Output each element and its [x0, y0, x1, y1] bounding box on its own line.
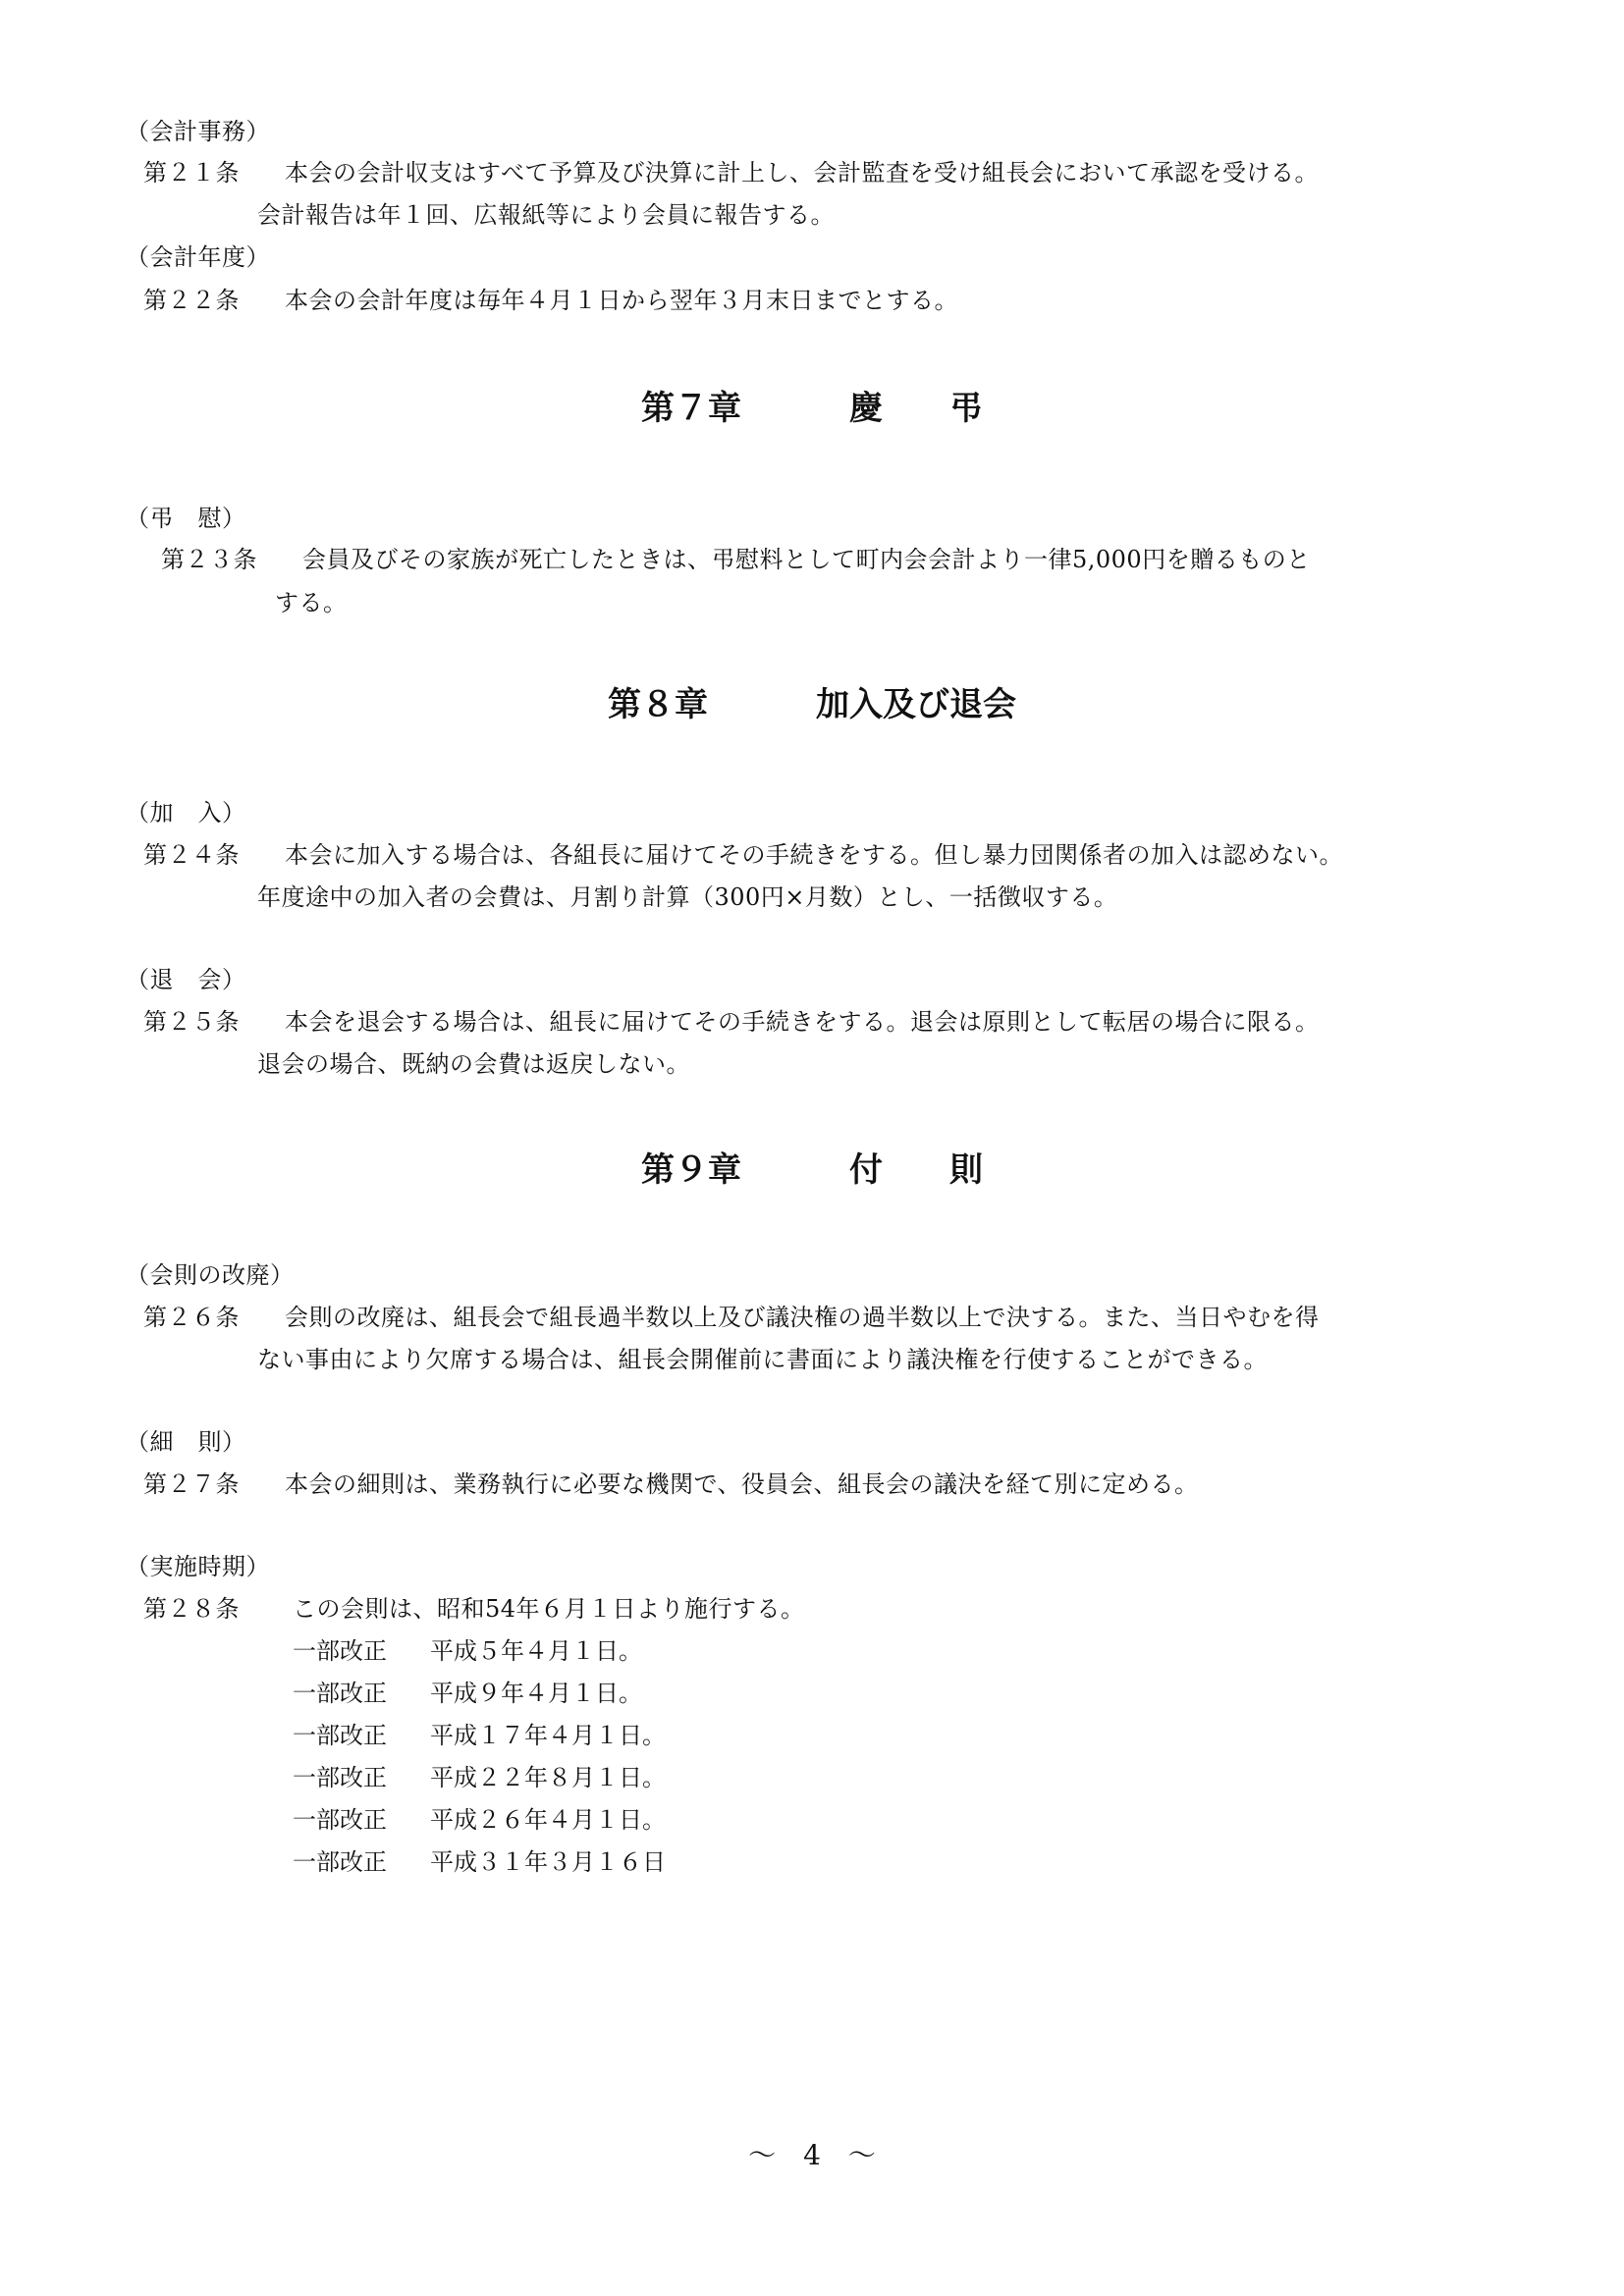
section-heading-fiscal-year: （会計年度）: [126, 241, 270, 273]
article-22-line-1: 本会の会計年度は毎年４月１日から翌年３月末日までとする。: [285, 285, 958, 316]
section-heading-condolence: （弔 慰）: [126, 503, 246, 534]
amendment-label: 一部改正: [293, 1678, 430, 1709]
amendment-label: 一部改正: [293, 1720, 430, 1751]
article-number-28: 第２８条: [143, 1593, 240, 1625]
chapter-7-heading: 第７章慶 弔: [0, 387, 1624, 430]
chapter-7-number: 第７章: [641, 387, 741, 430]
article-number-22: 第２２条: [143, 285, 240, 316]
article-number-24: 第２４条: [143, 839, 240, 871]
article-21-line-1: 本会の会計収支はすべて予算及び決算に計上し、会計監査を受け組長会において承認を受…: [285, 157, 1319, 188]
chapter-8-heading: 第８章加入及び退会: [0, 683, 1624, 726]
amendment-row: 一部改正平成２６年４月１日。: [293, 1804, 666, 1836]
amendment-date: 平成２２年８月１日。: [430, 1764, 666, 1791]
article-number-23: 第２３条: [161, 544, 257, 575]
article-26-line-1: 会則の改廃は、組長会で組長過半数以上及び議決権の過半数以上で決する。また、当日や…: [285, 1302, 1320, 1333]
article-24-line-2: 年度途中の加入者の会費は、月割り計算（300円×月数）とし、一括徴収する。: [257, 881, 1117, 913]
amendment-row: 一部改正平成９年４月１日。: [293, 1678, 642, 1709]
amendment-label: 一部改正: [293, 1846, 430, 1878]
article-21-line-2: 会計報告は年１回、広報紙等により会員に報告する。: [257, 199, 835, 231]
amendment-row: 一部改正平成２２年８月１日。: [293, 1762, 666, 1793]
section-heading-joining: （加 入）: [126, 797, 246, 828]
section-heading-withdrawal: （退 会）: [126, 964, 246, 995]
article-25-line-2: 退会の場合、既納の会費は返戻しない。: [257, 1048, 690, 1080]
amendment-row: 一部改正平成１７年４月１日。: [293, 1720, 666, 1751]
article-number-25: 第２５条: [143, 1006, 240, 1038]
section-heading-accounting: （会計事務）: [126, 116, 270, 147]
page-number: ～ 4 ～: [0, 2138, 1624, 2173]
article-number-27: 第２７条: [143, 1468, 240, 1500]
amendment-date: 平成１７年４月１日。: [430, 1722, 666, 1749]
document-page: （会計事務） 第２１条 本会の会計収支はすべて予算及び決算に計上し、会計監査を受…: [0, 0, 1624, 2296]
article-number-26: 第２６条: [143, 1302, 240, 1333]
amendment-label: 一部改正: [293, 1804, 430, 1836]
chapter-8-title: 加入及び退会: [816, 683, 1016, 726]
chapter-9-number: 第９章: [641, 1148, 741, 1192]
chapter-9-title: 付 則: [849, 1148, 983, 1192]
section-heading-effective-date: （実施時期）: [126, 1551, 270, 1582]
amendment-label: 一部改正: [293, 1635, 430, 1667]
amendment-date: 平成９年４月１日。: [430, 1680, 642, 1707]
section-heading-bylaws: （細 則）: [126, 1426, 246, 1458]
amendment-date: 平成２６年４月１日。: [430, 1806, 666, 1834]
chapter-9-heading: 第９章付 則: [0, 1148, 1624, 1192]
article-23-line-2: する。: [275, 587, 348, 618]
article-28-line-1: この会則は、昭和54年６月１日より施行する。: [293, 1593, 805, 1625]
article-25-line-1: 本会を退会する場合は、組長に届けてその手続きをする。退会は原則として転居の場合に…: [285, 1006, 1320, 1038]
amendment-row: 一部改正平成３１年３月１６日: [293, 1846, 666, 1878]
chapter-8-number: 第８章: [608, 683, 708, 726]
amendment-date: 平成５年４月１日。: [430, 1637, 642, 1665]
article-23-line-1: 会員及びその家族が死亡したときは、弔慰料として町内会会計より一律5,000円を贈…: [302, 544, 1311, 575]
article-number-21: 第２１条: [143, 157, 240, 188]
amendment-label: 一部改正: [293, 1762, 430, 1793]
amendment-row: 一部改正平成５年４月１日。: [293, 1635, 642, 1667]
amendment-date: 平成３１年３月１６日: [430, 1848, 666, 1876]
article-26-line-2: ない事由により欠席する場合は、組長会開催前に書面により議決権を行使することができ…: [257, 1344, 1268, 1375]
article-24-line-1: 本会に加入する場合は、各組長に届けてその手続きをする。但し暴力団関係者の加入は認…: [285, 839, 1343, 871]
article-27-line-1: 本会の細則は、業務執行に必要な機関で、役員会、組長会の議決を経て別に定める。: [285, 1468, 1199, 1500]
section-heading-amendment: （会則の改廃）: [126, 1259, 295, 1291]
chapter-7-title: 慶 弔: [849, 387, 983, 430]
